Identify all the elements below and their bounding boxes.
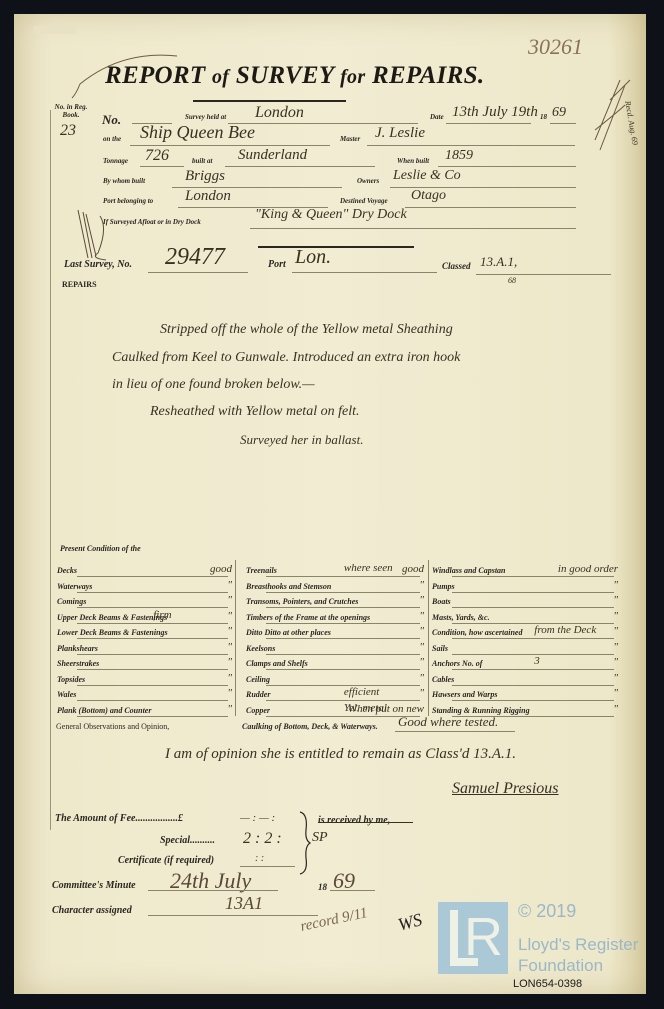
- condition-value: ": [227, 687, 232, 699]
- date-label: Date: [430, 113, 444, 121]
- condition-note: firm: [153, 609, 171, 621]
- by-whom-built-label: By whom built: [103, 177, 145, 185]
- condition-label: Masts, Yards, &c.: [432, 613, 490, 622]
- condition-label: Plankshears: [57, 644, 98, 653]
- built-at-label: built at: [192, 157, 212, 165]
- condition-value: ": [227, 703, 232, 715]
- copyright-text: © 2019: [518, 901, 576, 922]
- title-of: of: [212, 66, 229, 88]
- condition-rule: [77, 654, 228, 655]
- condition-label: Waterways: [57, 582, 92, 591]
- destined-voyage-rule: [405, 207, 576, 208]
- condition-rule: [77, 700, 228, 701]
- surveyor-initials-icon: [70, 208, 110, 263]
- condition-label: Windlass and Capstan: [432, 566, 506, 575]
- last-survey-value: 29477: [165, 244, 225, 271]
- repairs-line-3: in lieu of one found broken below.—: [112, 377, 315, 393]
- repairs-line-5: Surveyed her in ballast.: [240, 432, 363, 448]
- condition-value: ": [613, 703, 618, 715]
- condition-rule: [452, 669, 614, 670]
- condition-label: Sheerstrakes: [57, 659, 99, 668]
- condition-value: ": [227, 610, 232, 622]
- when-built-rule: [438, 166, 576, 167]
- classed-label: Classed: [442, 261, 471, 271]
- port-belonging-value: London: [185, 188, 231, 205]
- committee-year-rule: [330, 890, 375, 891]
- character-assigned-value: 13A1: [225, 893, 263, 914]
- repairs-line-4: Resheathed with Yellow metal on felt.: [150, 404, 359, 420]
- condition-value: ": [419, 610, 424, 622]
- dock-label: If Surveyed Afloat or in Dry Dock: [103, 218, 201, 226]
- by-whom-built-value: Briggs: [185, 168, 225, 185]
- condition-value: ": [613, 625, 618, 637]
- condition-rule: [452, 700, 614, 701]
- port-label: Port: [268, 259, 286, 270]
- condition-rule: [266, 576, 420, 577]
- condition-value: ": [613, 687, 618, 699]
- condition-rule: [77, 716, 228, 717]
- lrf-name-line-2: Foundation: [518, 956, 603, 976]
- margin-scribble-icon: [590, 70, 650, 180]
- condition-label: Pumps: [432, 582, 455, 591]
- repairs-line-2: Caulked from Keel to Gunwale. Introduced…: [112, 350, 460, 366]
- character-assigned-rule: [148, 915, 318, 916]
- condition-rule: [266, 623, 420, 624]
- margin-rule: [50, 110, 51, 830]
- condition-label: Ceiling: [246, 675, 270, 684]
- present-condition-heading: Present Condition of the: [60, 544, 141, 553]
- title-repairs: REPAIRS.: [372, 62, 484, 89]
- repairs-line-1: Stripped off the whole of the Yellow met…: [160, 322, 453, 338]
- condition-label: Boats: [432, 597, 451, 606]
- condition-value: ": [227, 579, 232, 591]
- no-label: No.: [102, 112, 121, 128]
- condition-value: ": [613, 641, 618, 653]
- date-rule: [446, 123, 531, 124]
- condition-label: Sails: [432, 644, 448, 653]
- condition-value: ": [613, 610, 618, 622]
- character-assigned-label: Character assigned: [52, 905, 132, 916]
- condition-value: good: [210, 563, 232, 575]
- general-observations-label: General Observations and Opinion,: [56, 722, 169, 731]
- tonnage-label: Tonnage: [103, 157, 128, 165]
- condition-label: Plank (Bottom) and Counter: [57, 706, 151, 715]
- built-at-value: Sunderland: [238, 147, 307, 164]
- received-initials: SP: [312, 830, 328, 846]
- condition-rule: [77, 685, 228, 686]
- vessel-rule: [130, 145, 330, 146]
- fee-amount-label: The Amount of Fee.................£: [55, 813, 183, 824]
- condition-label: Wales: [57, 690, 76, 699]
- received-strike: [318, 822, 413, 823]
- condition-value: ": [419, 656, 424, 668]
- condition-rule: [452, 592, 614, 593]
- certificate-rule: [240, 866, 295, 867]
- classed-value: 13.A.1,: [480, 254, 517, 270]
- condition-value: ": [419, 579, 424, 591]
- condition-value: ": [613, 594, 618, 606]
- condition-rule: [452, 685, 614, 686]
- special-fee-value: 2 : 2 :: [243, 830, 282, 848]
- owners-value: Leslie & Co: [393, 168, 461, 184]
- condition-rule: [77, 592, 228, 593]
- classed-sub: 68: [508, 276, 516, 285]
- condition-value: ": [227, 594, 232, 606]
- condition-note: efficient: [344, 686, 379, 698]
- year-rule: [550, 123, 576, 124]
- title-survey: SURVEY: [236, 62, 334, 89]
- condition-value: ": [227, 672, 232, 684]
- master-value: J. Leslie: [375, 125, 425, 142]
- condition-label: Treenails: [246, 566, 277, 575]
- reg-book-value: 23: [60, 122, 76, 140]
- title-underline: [193, 100, 346, 102]
- master-rule: [367, 145, 575, 146]
- destined-voyage-label: Destined Voyage: [340, 197, 388, 205]
- condition-value: good: [402, 563, 424, 575]
- condition-label: Anchors No. of: [432, 659, 482, 668]
- condition-value: ": [227, 641, 232, 653]
- year-value: 69: [552, 105, 566, 121]
- caulking-rule: [395, 731, 515, 732]
- condition-label: Topsides: [57, 675, 85, 684]
- committee-year-prefix: 18: [318, 882, 327, 892]
- condition-note: from the Deck: [534, 624, 596, 636]
- when-built-label: When built: [397, 157, 429, 165]
- port-rule: [292, 272, 437, 273]
- condition-label: Breasthooks and Stemson: [246, 582, 331, 591]
- document-number: 30261: [528, 34, 583, 60]
- opinion-text: I am of opinion she is entitled to remai…: [165, 746, 516, 763]
- certificate-label: Certificate (if required): [118, 855, 214, 866]
- lr-logo: R: [438, 902, 508, 974]
- condition-rule: [77, 669, 228, 670]
- survey-held-at-value: London: [255, 104, 304, 122]
- when-built-value: 1859: [445, 148, 473, 164]
- surveyor-signature: Samuel Presious: [452, 780, 559, 798]
- condition-rule: [452, 576, 614, 577]
- condition-value: ": [227, 656, 232, 668]
- condition-label: Lower Deck Beams & Fastenings: [57, 628, 168, 637]
- condition-value: ": [419, 672, 424, 684]
- condition-label: Clamps and Shelfs: [246, 659, 308, 668]
- column-divider-2: [428, 560, 429, 716]
- condition-label: Comings: [57, 597, 86, 606]
- logo-letter-r: R: [464, 910, 503, 964]
- special-fee-label: Special..........: [160, 835, 215, 846]
- condition-label: Upper Deck Beams & Fastenings: [57, 613, 167, 622]
- condition-label: Timbers of the Frame at the openings: [246, 613, 370, 622]
- received-by-label: is received by me,: [318, 815, 390, 826]
- on-the-label: on the: [103, 135, 121, 143]
- year-prefix: 18: [540, 113, 547, 121]
- committee-minute-label: Committee's Minute: [52, 880, 136, 891]
- condition-value: ": [613, 672, 618, 684]
- caulking-value: Good where tested.: [398, 714, 498, 730]
- fee-amount-value: — : — :: [240, 812, 275, 824]
- lrf-name-line-1: Lloyd's Register: [518, 935, 638, 955]
- paper-tab: [34, 26, 76, 34]
- condition-label: Transoms, Pointers, and Crutches: [246, 597, 358, 606]
- dock-value: "King & Queen" Dry Dock: [255, 207, 407, 223]
- port-belonging-label: Port belonging to: [103, 197, 153, 205]
- condition-value: ": [613, 656, 618, 668]
- master-label: Master: [340, 135, 360, 143]
- condition-label: Hawsers and Warps: [432, 690, 498, 699]
- condition-label: Ditto Ditto at other places: [246, 628, 331, 637]
- survey-held-at-rule: [228, 123, 418, 124]
- condition-label: Decks: [57, 566, 77, 575]
- port-value: Lon.: [295, 246, 331, 269]
- condition-rule: [452, 654, 614, 655]
- condition-rule: [266, 592, 420, 593]
- destined-voyage-value: Otago: [411, 188, 446, 204]
- condition-value: When put on new: [348, 703, 424, 715]
- condition-rule: [452, 607, 614, 608]
- catalog-number: LON654-0398: [513, 978, 582, 990]
- check-mark-icon: [62, 50, 192, 110]
- last-survey-label: Last Survey, No.: [64, 259, 132, 270]
- repairs-label: REPAIRS: [62, 280, 97, 289]
- condition-value: ": [419, 625, 424, 637]
- condition-value: ": [227, 625, 232, 637]
- tonnage-rule: [140, 166, 184, 167]
- classed-rule: [476, 274, 611, 275]
- column-divider-1: [235, 560, 236, 716]
- condition-value: in good order: [558, 563, 618, 575]
- condition-value: ": [419, 594, 424, 606]
- condition-value: ": [419, 687, 424, 699]
- last-survey-rule: [148, 272, 248, 273]
- caulking-label: Caulking of Bottom, Deck, & Waterways.: [242, 722, 378, 731]
- condition-rule: [266, 654, 420, 655]
- date-value: 13th July 19th: [452, 104, 538, 121]
- condition-label: Cables: [432, 675, 454, 684]
- condition-rule: [77, 638, 228, 639]
- section-divider: [258, 246, 414, 248]
- condition-label: Copper: [246, 706, 270, 715]
- condition-value: ": [419, 641, 424, 653]
- condition-note: where seen: [344, 562, 393, 574]
- condition-rule: [77, 623, 228, 624]
- condition-rule: [266, 669, 420, 670]
- condition-label: Keelsons: [246, 644, 275, 653]
- reg-book-label: No. in Reg. Book.: [54, 103, 88, 119]
- dock-rule: [250, 228, 576, 229]
- condition-rule: [266, 607, 420, 608]
- condition-label: Condition, how ascertained: [432, 628, 522, 637]
- built-at-rule: [225, 166, 375, 167]
- condition-rule: [77, 576, 228, 577]
- condition-note: 3: [534, 655, 540, 667]
- condition-rule: [452, 638, 614, 639]
- title-for: for: [340, 66, 365, 88]
- owners-label: Owners: [357, 177, 379, 185]
- certificate-value: : :: [255, 853, 264, 864]
- condition-label: Rudder: [246, 690, 270, 699]
- vessel-value: Ship Queen Bee: [140, 122, 255, 143]
- condition-rule: [266, 638, 420, 639]
- condition-rule: [266, 716, 420, 717]
- survey-held-at-label: Survey held at: [185, 113, 226, 121]
- condition-value: ": [613, 579, 618, 591]
- tonnage-value: 726: [145, 147, 169, 165]
- committee-minute-rule: [148, 890, 278, 891]
